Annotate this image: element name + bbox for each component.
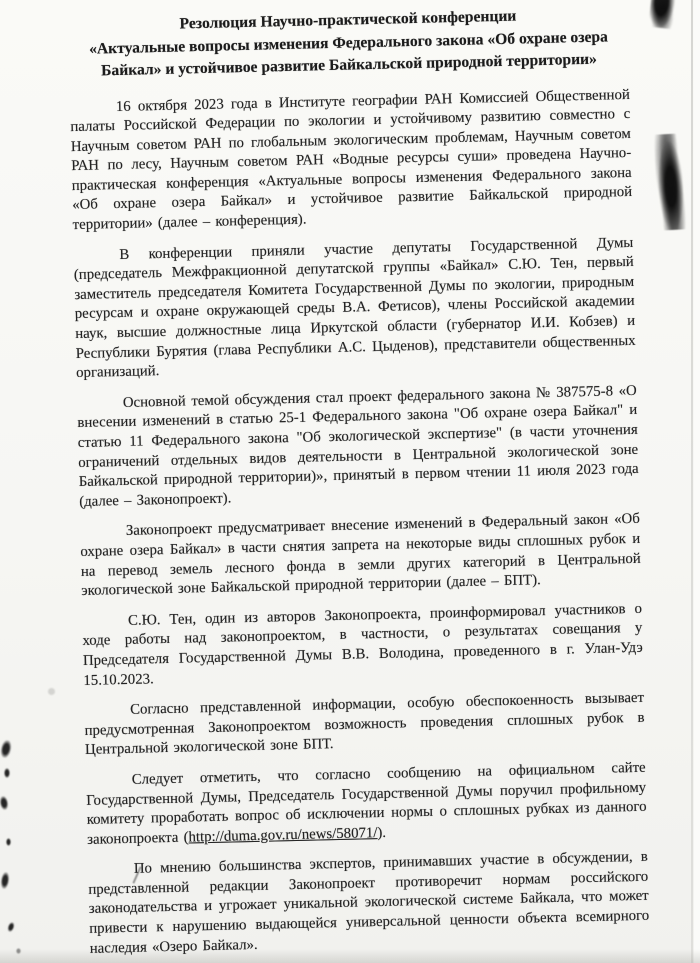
scan-smudge-top-right	[648, 0, 675, 29]
scan-ink-spot	[4, 768, 10, 778]
page-edge-shadow	[691, 0, 693, 963]
duma-statement-closing: ).	[377, 825, 386, 841]
scan-ink-spot	[0, 872, 10, 890]
scan-ink-spot	[6, 838, 11, 846]
paragraph-bill-provisions: Законопроект предусматривает внесение из…	[80, 510, 642, 602]
scan-ink-spot	[16, 948, 21, 954]
scanned-document-page: Резолюция Научно-практической конференци…	[0, 0, 700, 963]
scan-ink-spot	[0, 795, 9, 810]
document-content: Резолюция Научно-практической конференци…	[68, 3, 650, 959]
scan-ink-spot	[0, 739, 13, 759]
scan-smudge-mid-right	[654, 133, 687, 230]
paragraph-participants: В конференции приняли участие депутаты Г…	[73, 234, 636, 384]
paragraph-experts-opinion: По мнению большинства экспертов, принима…	[88, 848, 650, 959]
paragraph-ten-report: С.Ю. Тен, один из авторов Законопроекта,…	[82, 600, 644, 692]
paragraph-concern: Согласно представленной информации, особ…	[84, 689, 645, 761]
scan-faint-dot	[48, 688, 55, 695]
page-edge-strip	[694, 0, 700, 963]
paragraph-duma-statement: Следует отметить, что согласно сообщению…	[86, 759, 648, 851]
paragraph-bill-subject: Основной темой обсуждения стал проект фе…	[77, 382, 640, 513]
paragraph-conference-held: 16 октября 2023 года в Институте географ…	[70, 85, 633, 235]
scan-ink-spot	[6, 921, 15, 932]
document-title: Резолюция Научно-практической конференци…	[68, 3, 629, 84]
duma-news-link[interactable]: http://duma.gov.ru/news/58071/	[188, 825, 377, 845]
